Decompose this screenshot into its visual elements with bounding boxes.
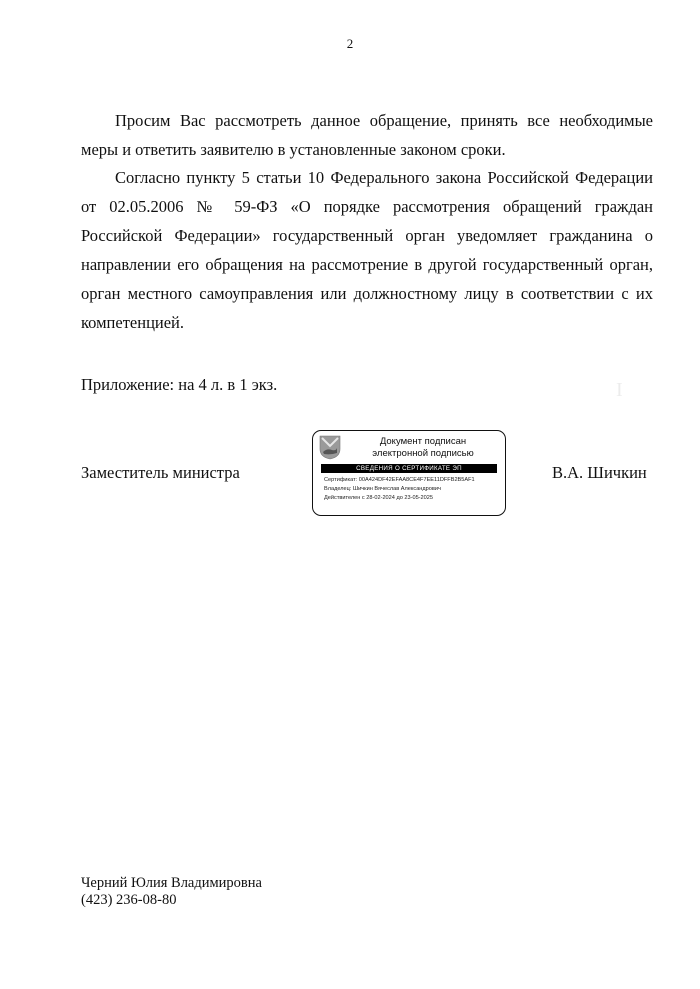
stamp-header: СВЕДЕНИЯ О СЕРТИФИКАТЕ ЭП xyxy=(321,464,497,473)
stamp-owner: Владелец: Шичкин Вячеслав Александрович xyxy=(324,485,441,493)
signatory-position: Заместитель министра xyxy=(81,463,240,483)
executor-name: Черний Юлия Владимировна xyxy=(81,875,262,892)
stamp-validity: Действителен с 28-02-2024 до 23-05-2025 xyxy=(324,494,433,502)
paragraph-law-reference: Согласно пункту 5 статьи 10 Федерального… xyxy=(81,163,653,337)
executor-info: Черний Юлия Владимировна (423) 236-08-80 xyxy=(81,875,262,909)
stamp-title-line1: Документ подписан xyxy=(343,436,503,448)
appendix-note: Приложение: на 4 л. в 1 экз. xyxy=(81,375,277,395)
stamp-title-line2: электронной подписью xyxy=(343,448,503,460)
electronic-signature-stamp: Документ подписан электронной подписью С… xyxy=(312,430,506,516)
page-number: 2 xyxy=(0,36,700,52)
paragraph-request: Просим Вас рассмотреть данное обращение,… xyxy=(81,106,653,164)
stamp-certificate: Сертификат: 00A424DF42EFAA8CE4F7EE11DFFB… xyxy=(324,476,475,484)
executor-phone: (423) 236-08-80 xyxy=(81,892,262,909)
faint-mark: I xyxy=(616,379,623,402)
paragraph-text: Просим Вас рассмотреть данное обращение,… xyxy=(81,111,653,159)
signatory-name: В.А. Шичкин xyxy=(552,463,647,483)
coat-of-arms-icon xyxy=(319,435,341,460)
paragraph-text: Согласно пункту 5 статьи 10 Федерального… xyxy=(81,168,653,332)
stamp-title: Документ подписан электронной подписью xyxy=(343,436,503,460)
